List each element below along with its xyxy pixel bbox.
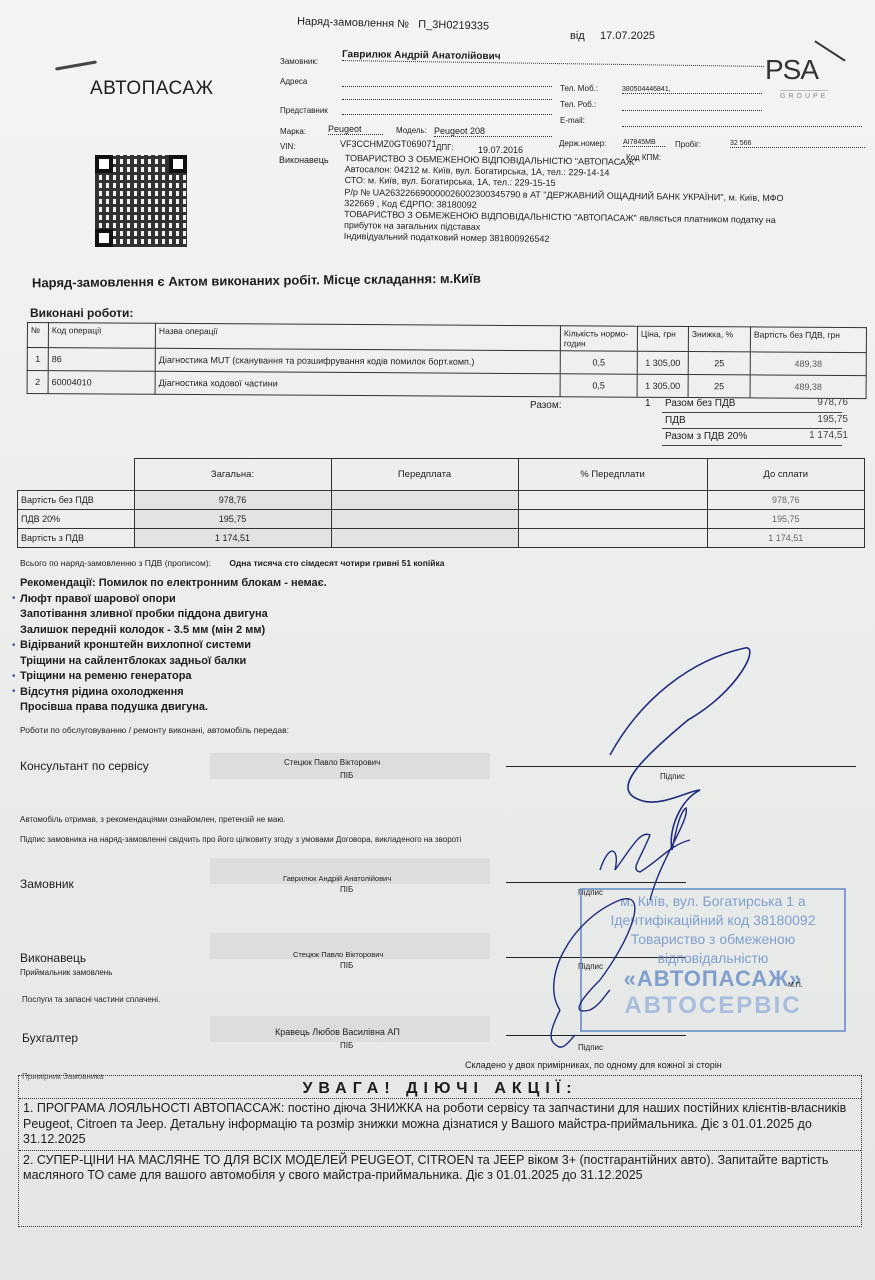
divider [662,428,842,429]
row-code: 60004010 [48,371,155,395]
table-row: 2 60004010 Діагностика ходової частини 0… [27,371,866,399]
qr-corner [95,155,113,173]
email-value [622,126,862,127]
promotions-box: УВАГА! ДІЮЧІ АКЦІЇ: 1. ПРОГРАМА ЛОЯЛЬНОС… [18,1075,862,1227]
pib-label: ПІБ [340,771,353,780]
signature-label: Підпис [578,1043,603,1052]
model-value: Peugeot 208 [434,126,552,137]
words-label: Всього по наряд-замовленню з ПДВ (пропис… [20,558,211,568]
promo-title: УВАГА! ДІЮЧІ АКЦІЇ: [19,1076,861,1099]
executor-sign-name: Стецюк Павло Вікторович [293,950,383,959]
summary-row-total: 1 174,51 [134,529,331,548]
psa-logo: PSA [765,54,818,86]
summary-row-prepay [331,510,518,529]
table-row: Вартість з ПДВ 1 174,51 1 174,51 [18,529,865,548]
signature-line [506,1035,686,1036]
address-label: Адреса [280,77,307,86]
received-text: Автомобіль отримав, з рекомендаціями озн… [20,815,286,824]
customer-label: Замовник: [280,57,318,66]
list-item: Тріщини на сайлентблоках задньої балки [20,654,327,670]
row-code: 86 [48,348,155,372]
col-code: Код операції [48,323,155,349]
row-cost: 489,38 [750,375,866,399]
stamp-line: відповідальністю [582,950,844,966]
summary-col-total: Загальна: [134,459,331,491]
summary-row-prepay-pct [518,529,707,548]
plate-value: AI7845MB [623,139,665,147]
dpg-label: ДПГ: [436,143,454,152]
subtotal-value: 978,76 [790,397,848,408]
customer-name: Гаврилюк Андрій Анатолійович [342,49,764,67]
works-table: № Код операції Назва операції Кількість … [27,322,867,399]
row-number: 2 [27,371,48,394]
mileage-label: Пробіг: [675,140,701,149]
summary-row-total: 195,75 [134,510,331,529]
stamp-name: «АВТОПАСАЖ» [582,966,844,992]
psa-logo-slash [814,40,845,61]
date-value: 17.07.2025 [600,30,655,42]
date-label: від [570,30,585,42]
total-label: Разом: [530,400,561,411]
address-line-2 [342,99,552,100]
summary-row-prepay-pct [518,491,707,510]
psa-logo-sub: GROUPE [780,90,828,100]
recommendations-list: Рекомендації: Помилок по електронним бло… [20,576,327,716]
total-vat-label: Разом з ПДВ 20% [665,431,747,442]
subtotal-label: Разом без ПДВ [665,398,735,409]
qr-corner [95,229,113,247]
brand-logo: АВТОПАСАЖ [90,78,214,100]
total-count: 1 [645,398,651,409]
order-number: П_3Н0219335 [418,19,489,33]
list-item: Просівша права подушка двигуна. [20,700,327,716]
tel-work-value [622,110,762,111]
email-label: E-mail: [560,116,585,125]
col-discount: Знижка, % [688,327,750,352]
summary-row-prepay [331,529,518,548]
row-cost: 489,38 [750,352,866,376]
pen-mark: • [12,593,16,604]
tel-mob-label: Тел. Моб.: [560,84,598,93]
stamp-sub: АВТОСЕРВІС [582,992,844,1020]
consultant-name: Стецюк Павло Вікторович [284,758,380,767]
row-hours: 0,5 [560,374,637,397]
stamp-line: Товариство з обмеженою [582,931,844,947]
consultant-role: Консультант по сервісу [20,759,149,773]
row-name: Діагностика MUT (сканування та розшифрув… [155,348,560,373]
summary-row-label: Вартість без ПДВ [18,491,135,510]
signature-line [506,766,856,767]
accountant-role: Бухгалтер [22,1031,78,1045]
paid-text: Послуги та запасні частини сплачені. [22,995,160,1004]
words-value: Одна тисяча сто сімдесят чотири гривні 5… [229,558,444,568]
tel-work-label: Тел. Роб.: [560,100,596,109]
list-item: Рекомендації: Помилок по електронним бло… [20,576,327,592]
act-title: Наряд-замовлення є Актом виконаних робіт… [32,271,481,291]
summary-row-prepay [331,491,518,510]
row-hours: 0,5 [560,351,637,374]
list-item: Залишок передніі колодок - 3.5 мм (мін 2… [20,623,327,639]
dpg-value: 19.07.2016 [478,145,523,155]
row-number: 1 [27,348,48,371]
order-title: Наряд-замовлення № П_3Н0219335 [297,15,489,32]
row-discount: 25 [688,375,750,398]
row-name: Діагностика ходової частини [155,371,560,396]
summary-row-due: 978,76 [707,491,865,510]
divider [662,445,842,446]
model-label: Модель: [396,126,427,135]
pib-label: ПІБ [340,885,353,894]
stamp-line: Ідентифікаційний код 38180092 [582,912,844,928]
executor-subrole: Приймальник замовлень [20,968,112,977]
company-stamp: м. Київ, вул. Богатирська 1 а Ідентифіка… [580,888,846,1032]
copies-note: Складено у двох примірниках, по одному д… [465,1060,722,1070]
vat-label: ПДВ [665,415,686,426]
col-cost: Вартість без ПДВ, грн [750,327,866,353]
promo-item: 2. СУПЕР-ЦІНИ НА МАСЛЯНЕ ТО ДЛЯ ВСІХ МОД… [19,1151,861,1186]
qr-corner [169,155,187,173]
summary-row-label: ПДВ 20% [18,510,135,529]
pib-label: ПІБ [340,961,353,970]
summary-row-prepay-pct [518,510,707,529]
promo-item: 1. ПРОГРАМА ЛОЯЛЬНОСТІ АВТОПАССАЖ: пості… [19,1099,861,1151]
make-label: Марка: [280,127,306,136]
row-discount: 25 [688,352,750,375]
total-in-words: Всього по наряд-замовленню з ПДВ (пропис… [20,558,444,568]
list-item: Запотівання зливної пробки піддона двигу… [20,607,327,623]
list-item: Відірваний кронштейн вихлопної системи [20,638,327,654]
pen-mark: • [12,671,16,682]
vin-value: VF3CCHMZ0GT069071 [340,139,437,149]
order-date: від 17.07.2025 [570,30,655,42]
payment-summary-table: Загальна: Передплата % Передплати До спл… [17,458,865,548]
staple-mark [55,60,97,70]
summary-col-prepay-pct: % Передплати [518,459,707,491]
stamp-place-label: М.П. [788,982,803,989]
handover-text: Роботи по обслуговуванню / ремонту викон… [20,725,289,735]
accountant-name: Кравець Любов Василівна АП [275,1027,400,1037]
row-price: 1 305,00 [637,351,688,374]
stamp-line: м. Київ, вул. Богатирська 1 а [582,893,844,909]
summary-header-row: Загальна: Передплата % Передплати До спл… [18,459,865,491]
row-price: 1 305,00 [637,374,688,397]
plate-label: Держ.номер: [559,139,606,148]
customer-sign-name: Гаврилюк Андрій Анатолійович [283,874,391,883]
summary-col-due: До сплати [707,459,865,491]
divider [662,412,842,413]
summary-row-label: Вартість з ПДВ [18,529,135,548]
summary-col-prepay: Передплата [331,459,518,491]
col-price: Ціна, грн [637,326,688,351]
executor-role: Виконавець [20,951,86,965]
tel-mob-value: 380504446841, [622,86,762,94]
summary-row-due: 195,75 [707,510,865,529]
representative-line [342,114,552,115]
executor-details: ТОВАРИСТВО З ОБМЕЖЕНОЮ ВІДПОВІДАЛЬНІСТЮ … [344,153,865,250]
executor-label: Виконавець [279,155,329,165]
pib-label: ПІБ [340,1041,353,1050]
summary-row-due: 1 174,51 [707,529,865,548]
col-hours: Кількість нормо-годин [560,326,637,351]
table-row: ПДВ 20% 195,75 195,75 [18,510,865,529]
signature-line [506,882,686,883]
vin-label: VIN: [280,142,296,151]
summary-row-total: 978,76 [134,491,331,510]
make-value: Peugeot [328,124,383,135]
vat-value: 195,75 [790,414,848,425]
summary-col-empty [18,459,135,491]
order-label: Наряд-замовлення № [297,15,409,30]
col-number: № [27,323,48,348]
list-item: Відсутня рідина охолодження [20,685,327,701]
work-order-document: АВТОПАСАЖ PSA GROUPE Наряд-замовлення № … [0,0,875,1280]
col-name: Назва операції [155,323,560,350]
agreement-text: Підпис замовника на наряд-замовленні сві… [20,835,461,844]
table-row: Вартість без ПДВ 978,76 978,76 [18,491,865,510]
works-title: Виконані роботи: [30,306,133,320]
customer-role: Замовник [20,877,74,891]
representative-label: Представник [280,106,328,115]
total-vat-value: 1 174,51 [790,430,848,441]
signature-label: Підпис [660,772,685,781]
list-item: Люфт правої шарової опори [20,592,327,608]
pen-mark: • [12,640,16,651]
list-item: Тріщини на ременю генератора [20,669,327,685]
address-line-1 [342,86,552,87]
mileage-value: 32 566 [730,140,865,148]
pen-mark: • [12,686,16,697]
